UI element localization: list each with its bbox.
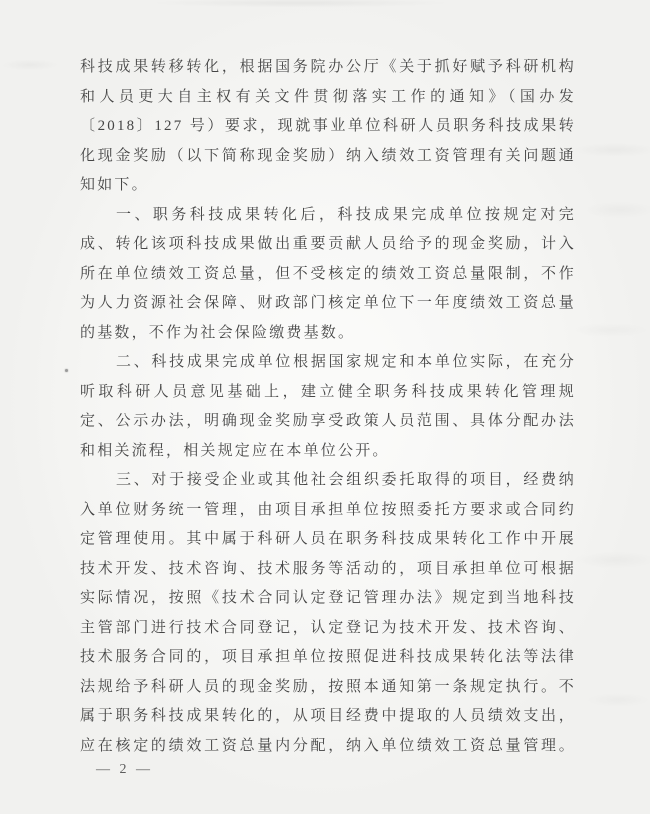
document-line: 三、对于接受企业或其他社会组织委托取得的项目，经费纳 bbox=[80, 466, 576, 496]
paragraph-item-3: 三、对于接受企业或其他社会组织委托取得的项目，经费纳 入单位财务统一管理，由项目… bbox=[80, 466, 576, 761]
document-line: 定管理使用。其中属于科研人员在职务科技成果转化工作中开展 bbox=[80, 525, 576, 555]
document-line: 科技成果转移转化，根据国务院办公厅《关于抓好赋予科研机构 bbox=[80, 53, 576, 83]
document-line: 和人员更大自主权有关文件贯彻落实工作的通知》（国办发 bbox=[80, 83, 576, 113]
document-line: 知如下。 bbox=[80, 171, 576, 201]
document-line: 法规给予科研人员的现金奖励，按照本通知第一条规定执行。不 bbox=[80, 673, 576, 703]
document-line: 听取科研人员意见基础上，建立健全职务科技成果转化管理规 bbox=[80, 378, 576, 408]
document-line: 实际情况，按照《技术合同认定登记管理办法》规定到当地科技 bbox=[80, 584, 576, 614]
document-line: 所在单位绩效工资总量，但不受核定的绩效工资总量限制，不作 bbox=[80, 260, 576, 290]
document-line: 属于职务科技成果转化的，从项目经费中提取的人员绩效支出， bbox=[80, 702, 576, 732]
document-line: 技术服务合同的，项目承担单位按照促进科技成果转化法等法律 bbox=[80, 643, 576, 673]
document-line: 定、公示办法，明确现金奖励享受政策人员范围、具体分配办法 bbox=[80, 407, 576, 437]
document-line: 化现金奖励（以下简称现金奖励）纳入绩效工资管理有关问题通 bbox=[80, 142, 576, 172]
document-line: 成、转化该项科技成果做出重要贡献人员给予的现金奖励，计入 bbox=[80, 230, 576, 260]
document-line: 主管部门进行技术合同登记，认定登记为技术开发、技术咨询、 bbox=[80, 614, 576, 644]
scan-artifact-dot bbox=[65, 369, 68, 372]
document-body: 科技成果转移转化，根据国务院办公厅《关于抓好赋予科研机构 和人员更大自主权有关文… bbox=[80, 53, 576, 761]
document-line: 〔2018〕127 号）要求，现就事业单位科研人员职务科技成果转 bbox=[80, 112, 576, 142]
document-line: 的基数，不作为社会保险缴费基数。 bbox=[80, 319, 576, 349]
paragraph-item-1: 一、职务科技成果转化后，科技成果完成单位按规定对完 成、转化该项科技成果做出重要… bbox=[80, 201, 576, 349]
paragraph-intro: 科技成果转移转化，根据国务院办公厅《关于抓好赋予科研机构 和人员更大自主权有关文… bbox=[80, 53, 576, 201]
scanned-document-page: 科技成果转移转化，根据国务院办公厅《关于抓好赋予科研机构 和人员更大自主权有关文… bbox=[0, 0, 650, 814]
document-line: 和相关流程，相关规定应在本单位公开。 bbox=[80, 437, 576, 467]
document-line: 一、职务科技成果转化后，科技成果完成单位按规定对完 bbox=[80, 201, 576, 231]
paragraph-item-2: 二、科技成果完成单位根据国家规定和本单位实际，在充分 听取科研人员意见基础上，建… bbox=[80, 348, 576, 466]
document-line: 二、科技成果完成单位根据国家规定和本单位实际，在充分 bbox=[80, 348, 576, 378]
document-line: 应在核定的绩效工资总量内分配，纳入单位绩效工资总量管理。 bbox=[80, 732, 576, 762]
document-line: 为人力资源社会保障、财政部门核定单位下一年度绩效工资总量 bbox=[80, 289, 576, 319]
document-line: 入单位财务统一管理，由项目承担单位按照委托方要求或合同约 bbox=[80, 496, 576, 526]
page-number: — 2 — bbox=[96, 761, 153, 779]
document-line: 技术开发、技术咨询、技术服务等活动的，项目承担单位可根据 bbox=[80, 555, 576, 585]
